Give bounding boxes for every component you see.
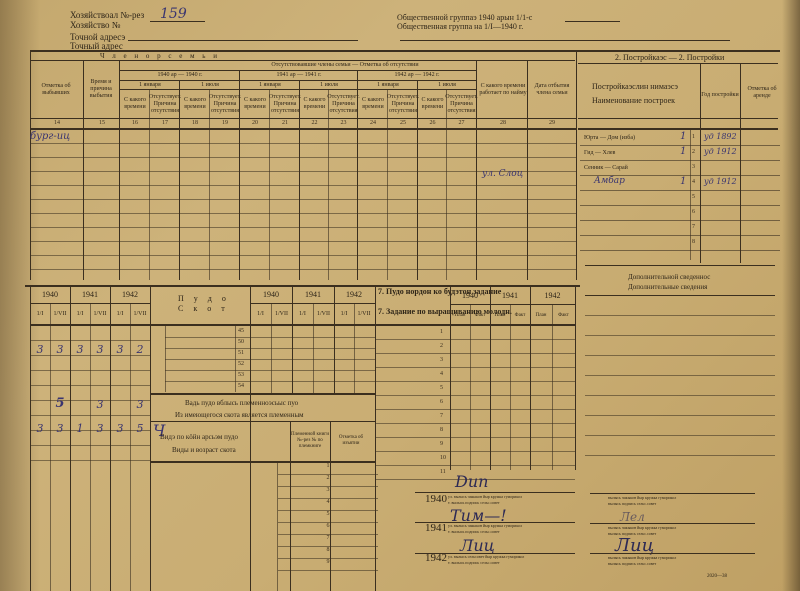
- row-line: [30, 241, 576, 242]
- row-number: 2: [323, 475, 333, 481]
- household-label-1: Хозяйствоал №-рез: [70, 10, 144, 20]
- row-line: [30, 185, 576, 186]
- building-row: Сенник — Сарай 3: [580, 161, 780, 176]
- sub-jul-1942: 1 июля: [418, 81, 476, 89]
- sub-jan-1940: 1 января: [120, 81, 180, 89]
- row-number: 9: [323, 559, 333, 565]
- livestock-value: 3: [50, 422, 70, 434]
- grid-line: [292, 285, 293, 393]
- buildings-rent-header: Отметка об аренде: [742, 65, 782, 120]
- sign-caption: вылысь подпись сельс.совет: [608, 561, 656, 566]
- removal-header: Отметка об изъятии: [331, 422, 371, 460]
- row-line: [165, 370, 250, 371]
- year-header: 1940: [250, 288, 292, 300]
- row-line: [250, 370, 375, 371]
- row-line: [30, 255, 576, 256]
- grid-line: [30, 285, 31, 591]
- building-year: уд 1912: [704, 147, 737, 156]
- task-sub: План: [530, 306, 552, 324]
- row-number: 3: [323, 487, 333, 493]
- col-number: 19: [210, 119, 240, 128]
- sign-caption: т. вылысь подпись сельс.совет: [448, 500, 500, 505]
- grid-line: [179, 80, 180, 280]
- sign-caption: т. вылысь подпись сельс.совет: [448, 529, 500, 534]
- document-page: Хозяйствоал №-рез Хозяйство № 159 Точной…: [0, 0, 800, 591]
- building-row: Гид — Хлев 1 2 уд 1912: [580, 146, 780, 161]
- building-row: Амбар 1 4 уд 1912: [580, 176, 780, 191]
- grid-line: [110, 285, 111, 591]
- sub-header: 1/I: [30, 305, 50, 323]
- colnum-bottom-rule: [30, 128, 576, 130]
- col-number: 27: [447, 119, 476, 128]
- building-row: Юрта — Дом (изба) 1 1 уд 1892: [580, 131, 780, 146]
- year-header: 1942: [110, 288, 150, 300]
- sign-year: 1942: [425, 553, 447, 563]
- building-row-number: 7: [692, 224, 695, 230]
- building-count: 1: [680, 131, 686, 142]
- grid-line: [30, 50, 31, 280]
- livestock-value: 2: [130, 343, 150, 355]
- grid-line: [250, 285, 251, 591]
- grid-line: [150, 285, 151, 591]
- building-row: 7: [580, 221, 780, 236]
- livestock-code: 54: [238, 383, 244, 389]
- row-number: 1: [323, 463, 333, 469]
- grid-line: [450, 304, 575, 305]
- building-row-number: 1: [692, 134, 695, 140]
- sub-header: 1/VII: [130, 305, 150, 323]
- types-row: 5: [278, 511, 378, 523]
- household-underline: [150, 21, 205, 22]
- types-row: 7: [278, 535, 378, 547]
- building-name: Гид — Хлев: [584, 148, 615, 158]
- sign-caption: вылысь подпись сельс.совет: [608, 501, 656, 506]
- row-number: 3: [440, 357, 443, 363]
- task-row: 10: [376, 452, 575, 466]
- task-year: 1940: [450, 288, 490, 302]
- grid-line: [575, 285, 576, 470]
- row-number: 8: [440, 427, 443, 433]
- sub-header: 1/I: [110, 305, 130, 323]
- col18-header: С какого времени: [180, 90, 210, 118]
- task-row: 2: [376, 340, 575, 354]
- col27-header: Отсутствует. Причина отсутствия: [447, 90, 476, 118]
- row-number: 7: [440, 413, 443, 419]
- period-1942: 1942 ар — 1942 г.: [358, 71, 476, 80]
- livestock-value: 3: [30, 422, 50, 434]
- print-code: 2020—38: [707, 572, 727, 582]
- col20-header: С какого времени: [240, 90, 270, 118]
- col23-header: Отсутствует. Причина отсутствия: [329, 90, 358, 118]
- task-row: 3: [376, 354, 575, 368]
- types-row: 4: [278, 499, 378, 511]
- row-line: [165, 381, 250, 382]
- col-number: 15: [84, 119, 120, 128]
- task-row: 4: [376, 368, 575, 382]
- types-row: 9: [278, 559, 378, 571]
- building-row: 8: [580, 236, 780, 251]
- types-rows: 1 2 3 4 5 6 7 8 9: [278, 463, 378, 571]
- types-row: 1: [278, 463, 378, 475]
- buildings-name-header-2: Наименование построек: [592, 96, 675, 106]
- col19-header: Отсутствует. Причина отсутствия: [210, 90, 240, 118]
- signature-1940: Dun: [455, 472, 488, 491]
- sub-jul-1941: 1 июля: [300, 81, 358, 89]
- sub-header: 1/VII: [271, 305, 292, 323]
- row-line: [30, 415, 150, 416]
- sub-header: 1/I: [250, 305, 271, 323]
- row-number: 4: [440, 371, 443, 377]
- buildings-rule: [578, 63, 778, 64]
- building-year: уд 1892: [704, 132, 737, 141]
- col17-header: Отсутствует. Причина отсутствия: [150, 90, 180, 118]
- grid-line: [83, 60, 84, 280]
- period-1941: 1941 ар — 1941 г.: [240, 71, 358, 80]
- additional-title-2: Дополнительные сведения: [628, 282, 707, 292]
- livestock-title-1: П у д о: [178, 294, 230, 304]
- row-line: [165, 359, 250, 360]
- additional-rule: [585, 295, 775, 296]
- col15-header: Время и причина выбытия: [84, 62, 118, 117]
- task-sub: Факт: [470, 306, 490, 324]
- types-row: 2: [278, 475, 378, 487]
- task-sub: Факт: [552, 306, 575, 324]
- col-number: 14: [30, 119, 84, 128]
- task-row: 7: [376, 410, 575, 424]
- additional-line: [585, 455, 775, 456]
- livestock-code: 52: [238, 361, 244, 367]
- household-label-2: Хозяйство №: [70, 20, 120, 30]
- additional-line: [585, 335, 775, 336]
- grid-line: [476, 60, 477, 280]
- row-line: [30, 213, 576, 214]
- grid-line: [120, 70, 476, 71]
- signature-line: [590, 553, 755, 554]
- livestock-value: 3: [90, 422, 110, 434]
- grid-line: [576, 50, 577, 280]
- breeding-label-1: Вадь пудо вблысь племенноэсьыс пуо: [185, 398, 298, 408]
- col-number: 24: [358, 119, 388, 128]
- additional-line: [585, 395, 775, 396]
- buildings-year-header: Год постройки: [700, 70, 740, 120]
- building-row-number: 5: [692, 194, 695, 200]
- row-line: [30, 340, 150, 341]
- row-line: [30, 445, 150, 446]
- livestock-value: 3: [70, 343, 90, 355]
- row-line: [250, 359, 375, 360]
- sign-year: 1941: [425, 523, 447, 533]
- task-year: 1942: [530, 288, 575, 302]
- livestock-title-2: С к о т: [178, 304, 229, 314]
- grid-line: [120, 89, 476, 90]
- row-line: [30, 385, 150, 386]
- grid-line: [239, 70, 240, 280]
- livestock-code: 50: [238, 339, 244, 345]
- col-number: 26: [418, 119, 447, 128]
- tasks-rows: 1 2 3 4 5 6 7 8 9 10 11: [376, 326, 575, 480]
- sign-caption: ул. вылысь чакыкон йыр кружка гуморикол: [448, 523, 522, 528]
- row-line: [30, 355, 150, 356]
- col25-header: Отсутствует. Причина отсутствия: [388, 90, 418, 118]
- row-number: 2: [440, 343, 443, 349]
- row-number: 8: [323, 547, 333, 553]
- sub-header: 1/I: [70, 305, 90, 323]
- row-line: [30, 157, 576, 158]
- livestock-value: 3: [90, 343, 110, 355]
- group-underline: [565, 21, 620, 22]
- col14-header: Отметка об выбывших: [30, 62, 82, 117]
- group-label-2: Общественная группа на 1/I—1940 г.: [397, 22, 523, 32]
- row-number: 4: [323, 499, 333, 505]
- family-entry-handwriting: бург-иц: [30, 131, 70, 142]
- buildings-rows: Юрта — Дом (изба) 1 1 уд 1892 Гид — Хлев…: [580, 131, 780, 251]
- sign-caption: т. вылысь подпись сельс.совет: [448, 560, 500, 565]
- building-row-number: 8: [692, 239, 695, 245]
- row-number: 7: [323, 535, 333, 541]
- task-sub: Факт: [510, 306, 530, 324]
- row-number: 9: [440, 441, 443, 447]
- sub-jul-1940: 1 июля: [180, 81, 240, 89]
- col26-header: С какого времени: [418, 90, 447, 118]
- grid-line: [578, 128, 778, 130]
- livestock-value: 1: [70, 422, 90, 434]
- sub-jan-1941: 1 января: [240, 81, 300, 89]
- livestock-code: 51: [238, 350, 244, 356]
- row-number: 6: [323, 523, 333, 529]
- livestock-value: 3: [30, 343, 50, 355]
- additional-title-1: Дополнительной сведеннос: [628, 272, 710, 282]
- col28-handwriting: ул. Слоц: [482, 169, 523, 179]
- col-number: 18: [180, 119, 210, 128]
- additional-top-rule: [585, 265, 775, 266]
- sign-caption: ул. вылысь сельсовет йыр кружка гуморико…: [448, 554, 524, 559]
- building-year: уд 1912: [704, 177, 737, 186]
- task-year: 1941: [490, 288, 530, 302]
- col-number: 20: [240, 119, 270, 128]
- header-rule: [400, 40, 730, 41]
- task-row: 1: [376, 326, 575, 340]
- row-number: 11: [440, 469, 446, 475]
- grid-line: [527, 60, 528, 280]
- additional-line: [585, 415, 775, 416]
- col-number: 21: [270, 119, 300, 128]
- grid-line: [417, 80, 418, 280]
- livestock-value: 3: [110, 422, 130, 434]
- sign-caption: ул. вылысь чакыкон йыр кружка гуморикол: [448, 494, 522, 499]
- year-header: 1942: [334, 288, 374, 300]
- buildings-title: 2. Постройкаэс — 2. Постройки: [615, 53, 724, 63]
- types-row: 6: [278, 523, 378, 535]
- row-line: [30, 370, 150, 371]
- col-number: 23: [329, 119, 358, 128]
- additional-line: [585, 315, 775, 316]
- row-line: [250, 381, 375, 382]
- row-number: 10: [440, 455, 446, 461]
- col-number: 22: [300, 119, 329, 128]
- sign-caption: вылысь чакыкон йыр кружка гуморикол: [608, 525, 676, 530]
- col16-header: С какого времени: [120, 90, 150, 118]
- task-row: 8: [376, 424, 575, 438]
- sub-jan-1942: 1 января: [358, 81, 418, 89]
- building-row-number: 3: [692, 164, 695, 170]
- signature-line: [590, 523, 755, 524]
- additional-line: [585, 435, 775, 436]
- grid-line: [357, 70, 358, 280]
- col-number: 29: [528, 119, 576, 128]
- building-row-number: 4: [692, 179, 695, 185]
- col-number: 25: [388, 119, 418, 128]
- types-row: 8: [278, 547, 378, 559]
- sign-caption: вылысь чакыкон йыр кружка гуморикол: [608, 555, 676, 560]
- livestock-value: 3: [130, 398, 150, 410]
- grid-line: [70, 285, 71, 591]
- building-row: 6: [580, 206, 780, 221]
- sign-caption: вылысь чакыкон йыр кружка гуморикол: [608, 495, 676, 500]
- row-line: [30, 227, 576, 228]
- types-label-2: Виды и возраст скота: [172, 445, 236, 455]
- task-row: 9: [376, 438, 575, 452]
- sub-header: 1/VII: [354, 305, 374, 323]
- sub-header: 1/VII: [313, 305, 334, 323]
- row-number: 5: [440, 385, 443, 391]
- grid-line: [150, 393, 375, 395]
- col24-header: С какого времени: [358, 90, 388, 118]
- building-count: 1: [680, 146, 686, 157]
- buildings-name-header-1: Постройкаэслин нимаэсэ: [592, 82, 678, 92]
- row-number: 1: [440, 329, 443, 335]
- year-header: 1941: [70, 288, 110, 300]
- sub-header: 1/I: [334, 305, 354, 323]
- col28-header: С какого времени работает по найму: [478, 64, 528, 116]
- signature-line: [590, 493, 755, 494]
- breeding-label-2: Из имеющегося скота является племенным: [175, 410, 304, 420]
- task-row: 6: [376, 396, 575, 410]
- row-number: 6: [440, 399, 443, 405]
- signature-right-1941: Лел: [620, 510, 645, 524]
- building-name: Сенник — Сарай: [584, 163, 628, 173]
- building-name: Амбар: [594, 176, 625, 186]
- year-header: 1941: [292, 288, 334, 300]
- row-line: [30, 460, 150, 461]
- building-row: 5: [580, 191, 780, 206]
- address-underline: [128, 40, 358, 41]
- col29-header: Дата отбытия члена семьи: [528, 64, 576, 116]
- grid-line: [120, 80, 476, 81]
- task-row: 5: [376, 382, 575, 396]
- row-line: [250, 337, 375, 338]
- livestock-code: 53: [238, 372, 244, 378]
- sub-header: 1/VII: [90, 305, 110, 323]
- task-sub: План: [450, 306, 470, 324]
- col21-header: Отсутствует. Причина отсутствия: [270, 90, 300, 118]
- grid-line: [334, 285, 335, 393]
- col-number: 17: [150, 119, 180, 128]
- col-number: 16: [120, 119, 150, 128]
- building-row-number: 6: [692, 209, 695, 215]
- types-label-1: Видэ по кöйн арсьэм пудо: [160, 432, 238, 442]
- livestock-value: 5: [50, 396, 70, 410]
- building-row-number: 2: [692, 149, 695, 155]
- building-count: 1: [680, 176, 686, 187]
- col22-header: С какого времени: [300, 90, 329, 118]
- row-number: 5: [323, 511, 333, 517]
- row-line: [165, 348, 250, 349]
- grid-line: [119, 60, 120, 280]
- livestock-value: 3: [90, 398, 110, 410]
- additional-line: [585, 375, 775, 376]
- row-line: [250, 348, 375, 349]
- livestock-value: 3: [110, 343, 130, 355]
- household-number: 159: [160, 6, 187, 22]
- row-line: [30, 143, 576, 144]
- sub-header: 1/VII: [50, 305, 70, 323]
- building-name: Юрта — Дом (изба): [584, 133, 635, 143]
- col-number: 28: [478, 119, 528, 128]
- row-line: [30, 269, 576, 270]
- family-rule: [30, 60, 575, 61]
- livestock-value: 3: [50, 343, 70, 355]
- year-header: 1940: [30, 288, 70, 300]
- sub-header: 1/I: [292, 305, 313, 323]
- sign-year: 1940: [425, 494, 447, 504]
- grid-line: [299, 80, 300, 280]
- pedigree-header: Племенной книги №-рез № по племкниге: [291, 422, 329, 460]
- livestock-code: 45: [238, 328, 244, 334]
- row-line: [30, 199, 576, 200]
- livestock-value: 5: [130, 422, 150, 434]
- period-1940: 1940 ар — 1940 г.: [120, 71, 240, 80]
- task-sub: План: [490, 306, 510, 324]
- additional-line: [585, 355, 775, 356]
- grid-line: [578, 118, 778, 119]
- types-row: 3: [278, 487, 378, 499]
- row-line: [165, 337, 250, 338]
